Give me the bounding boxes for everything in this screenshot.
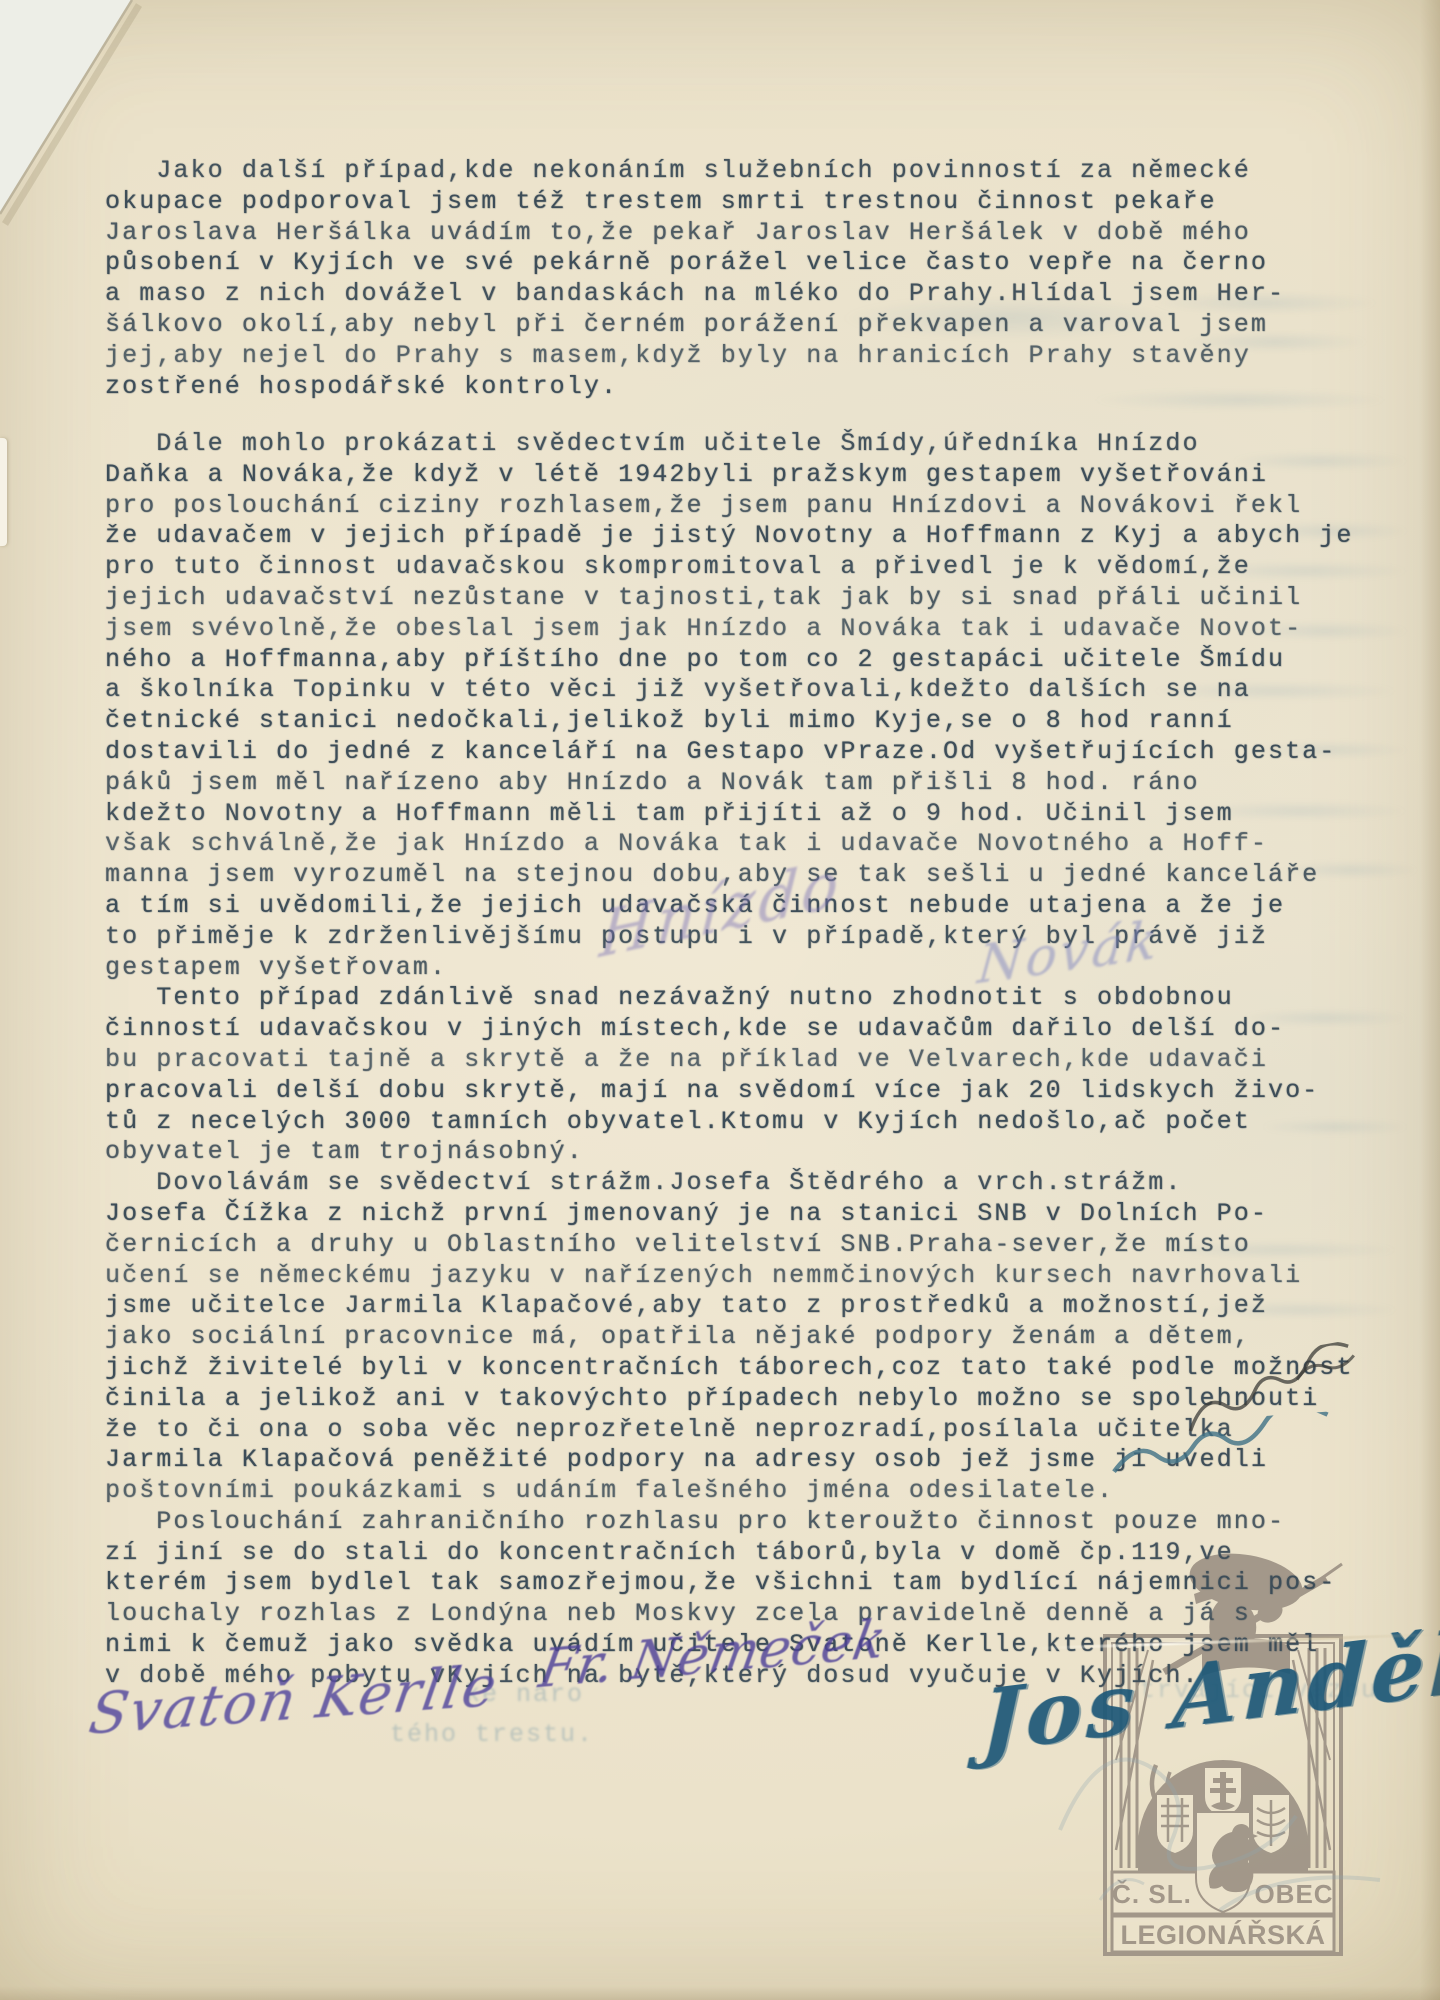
typed-line: louchaly rozhlas z Londýna neb Moskvy zc…	[105, 1599, 1353, 1630]
typed-line: jichž živitelé byli v koncentračních táb…	[105, 1353, 1353, 1384]
typed-line: pro poslouchání ciziny rozhlasem,že jsem…	[105, 491, 1353, 522]
typed-line: jako sociální pracovnice má, opatřila ně…	[105, 1322, 1353, 1353]
typed-line: ného a Hoffmanna,aby příštího dne po tom…	[105, 645, 1353, 676]
page-bottom-shadow	[0, 1986, 1440, 2000]
typed-paragraph-intro: Jako další případ,kde nekonáním služební…	[105, 156, 1285, 402]
typed-line: Dovolávám se svědectví strážm.Josefa Ště…	[105, 1168, 1353, 1199]
typed-line: tů z necelých 3000 tamních obyvatel.Ktom…	[105, 1107, 1353, 1138]
typed-line: Daňka a Nováka,že když v létě 1942byli p…	[105, 460, 1353, 491]
typed-line: obyvatel je tam trojnásobný.	[105, 1137, 1353, 1168]
typed-line: však schválně,že jak Hnízdo a Nováka tak…	[105, 829, 1353, 860]
bleedthrough-fragment: tého trestu.	[390, 1720, 594, 1749]
scanned-page: ké náro tého trestu. trvající vazbu	[0, 0, 1440, 2000]
typed-line: zostřené hospodářské kontroly.	[105, 372, 1285, 403]
typed-line: okupace podporoval jsem též trestem smrt…	[105, 187, 1285, 218]
typed-line: černicích a druhy u Oblastního velitelst…	[105, 1230, 1353, 1261]
typed-line: nimi k čemuž jako svědka uvádím učitele …	[105, 1630, 1353, 1661]
typed-line: gestapem vyšetřovam.	[105, 953, 1353, 984]
typed-line: to přiměje k zdrženlivějšímu postupu i v…	[105, 922, 1353, 953]
typed-line: jsem svévolně,že obeslal jsem jak Hnízdo…	[105, 614, 1353, 645]
typed-line: dostavili do jedné z kanceláří na Gestap…	[105, 737, 1353, 768]
faint-pencil-signature	[1040, 1700, 1430, 1980]
typed-line: kterém jsem bydlel tak samozřejmou,že vš…	[105, 1568, 1353, 1599]
paper-edge-sliver	[0, 438, 7, 546]
page-edge-shadow	[1420, 0, 1440, 2000]
typed-line: působení v Kyjích ve své pekárně porážel…	[105, 248, 1285, 279]
typed-line: že udavačem v jejich případě je jistý No…	[105, 521, 1353, 552]
typed-line: Tento případ zdánlivě snad nezávažný nut…	[105, 983, 1353, 1014]
typed-line: Jako další případ,kde nekonáním služební…	[105, 156, 1285, 187]
typed-line: učení se německému jazyku v nařízených n…	[105, 1261, 1353, 1292]
typed-line: kdežto Novotny a Hoffmann měli tam přijí…	[105, 799, 1353, 830]
typed-line: šálkovo okolí,aby nebyl při černém poráž…	[105, 310, 1285, 341]
typed-line: a školníka Topinku v této věci již vyšet…	[105, 675, 1353, 706]
typed-line: páků jsem měl nařízeno aby Hnízdo a Nová…	[105, 768, 1353, 799]
typed-line: a maso z nich dovážel v bandaskách na ml…	[105, 279, 1285, 310]
typed-line: v době mého pobytu vKyjích na bytě,který…	[105, 1661, 1353, 1692]
typed-line: a tím si uvědomili,že jejich udavačská č…	[105, 891, 1353, 922]
typed-line: bu pracovati tajně a skrytě a že na přík…	[105, 1045, 1353, 1076]
typed-line: Dále mohlo prokázati svědectvím učitele …	[105, 429, 1353, 460]
corner-fold	[0, 0, 160, 240]
typed-line: pro tuto činnost udavačskou skompromitov…	[105, 552, 1353, 583]
typed-line: jsme učitelce Jarmila Klapačové,aby tato…	[105, 1291, 1353, 1322]
typed-line: jejich udavačství nezůstane v tajnosti,t…	[105, 583, 1353, 614]
typed-line: Poslouchání zahraničního rozhlasu pro kt…	[105, 1507, 1353, 1538]
typed-line: pracovali delší dobu skrytě, mají na svě…	[105, 1076, 1353, 1107]
typed-line: jej,aby nejel do Prahy s masem,když byly…	[105, 341, 1285, 372]
typed-line: manna jsem vyrozuměl na stejnou dobu,aby…	[105, 860, 1353, 891]
typed-line: zí jiní se do stali do koncentračních tá…	[105, 1538, 1353, 1569]
typed-line: Josefa Čížka z nichž první jmenovaný je …	[105, 1199, 1353, 1230]
typed-line: činností udavačskou v jiných místech,kde…	[105, 1014, 1353, 1045]
typed-line: četnické stanici nedočkali,jelikož byli …	[105, 706, 1353, 737]
typed-line: Jaroslava Heršálka uvádím to,že pekař Ja…	[105, 218, 1285, 249]
typed-body-text: Dále mohlo prokázati svědectvím učitele …	[105, 429, 1353, 1692]
typed-line: činila a jelikož ani v takovýchto případ…	[105, 1384, 1353, 1415]
